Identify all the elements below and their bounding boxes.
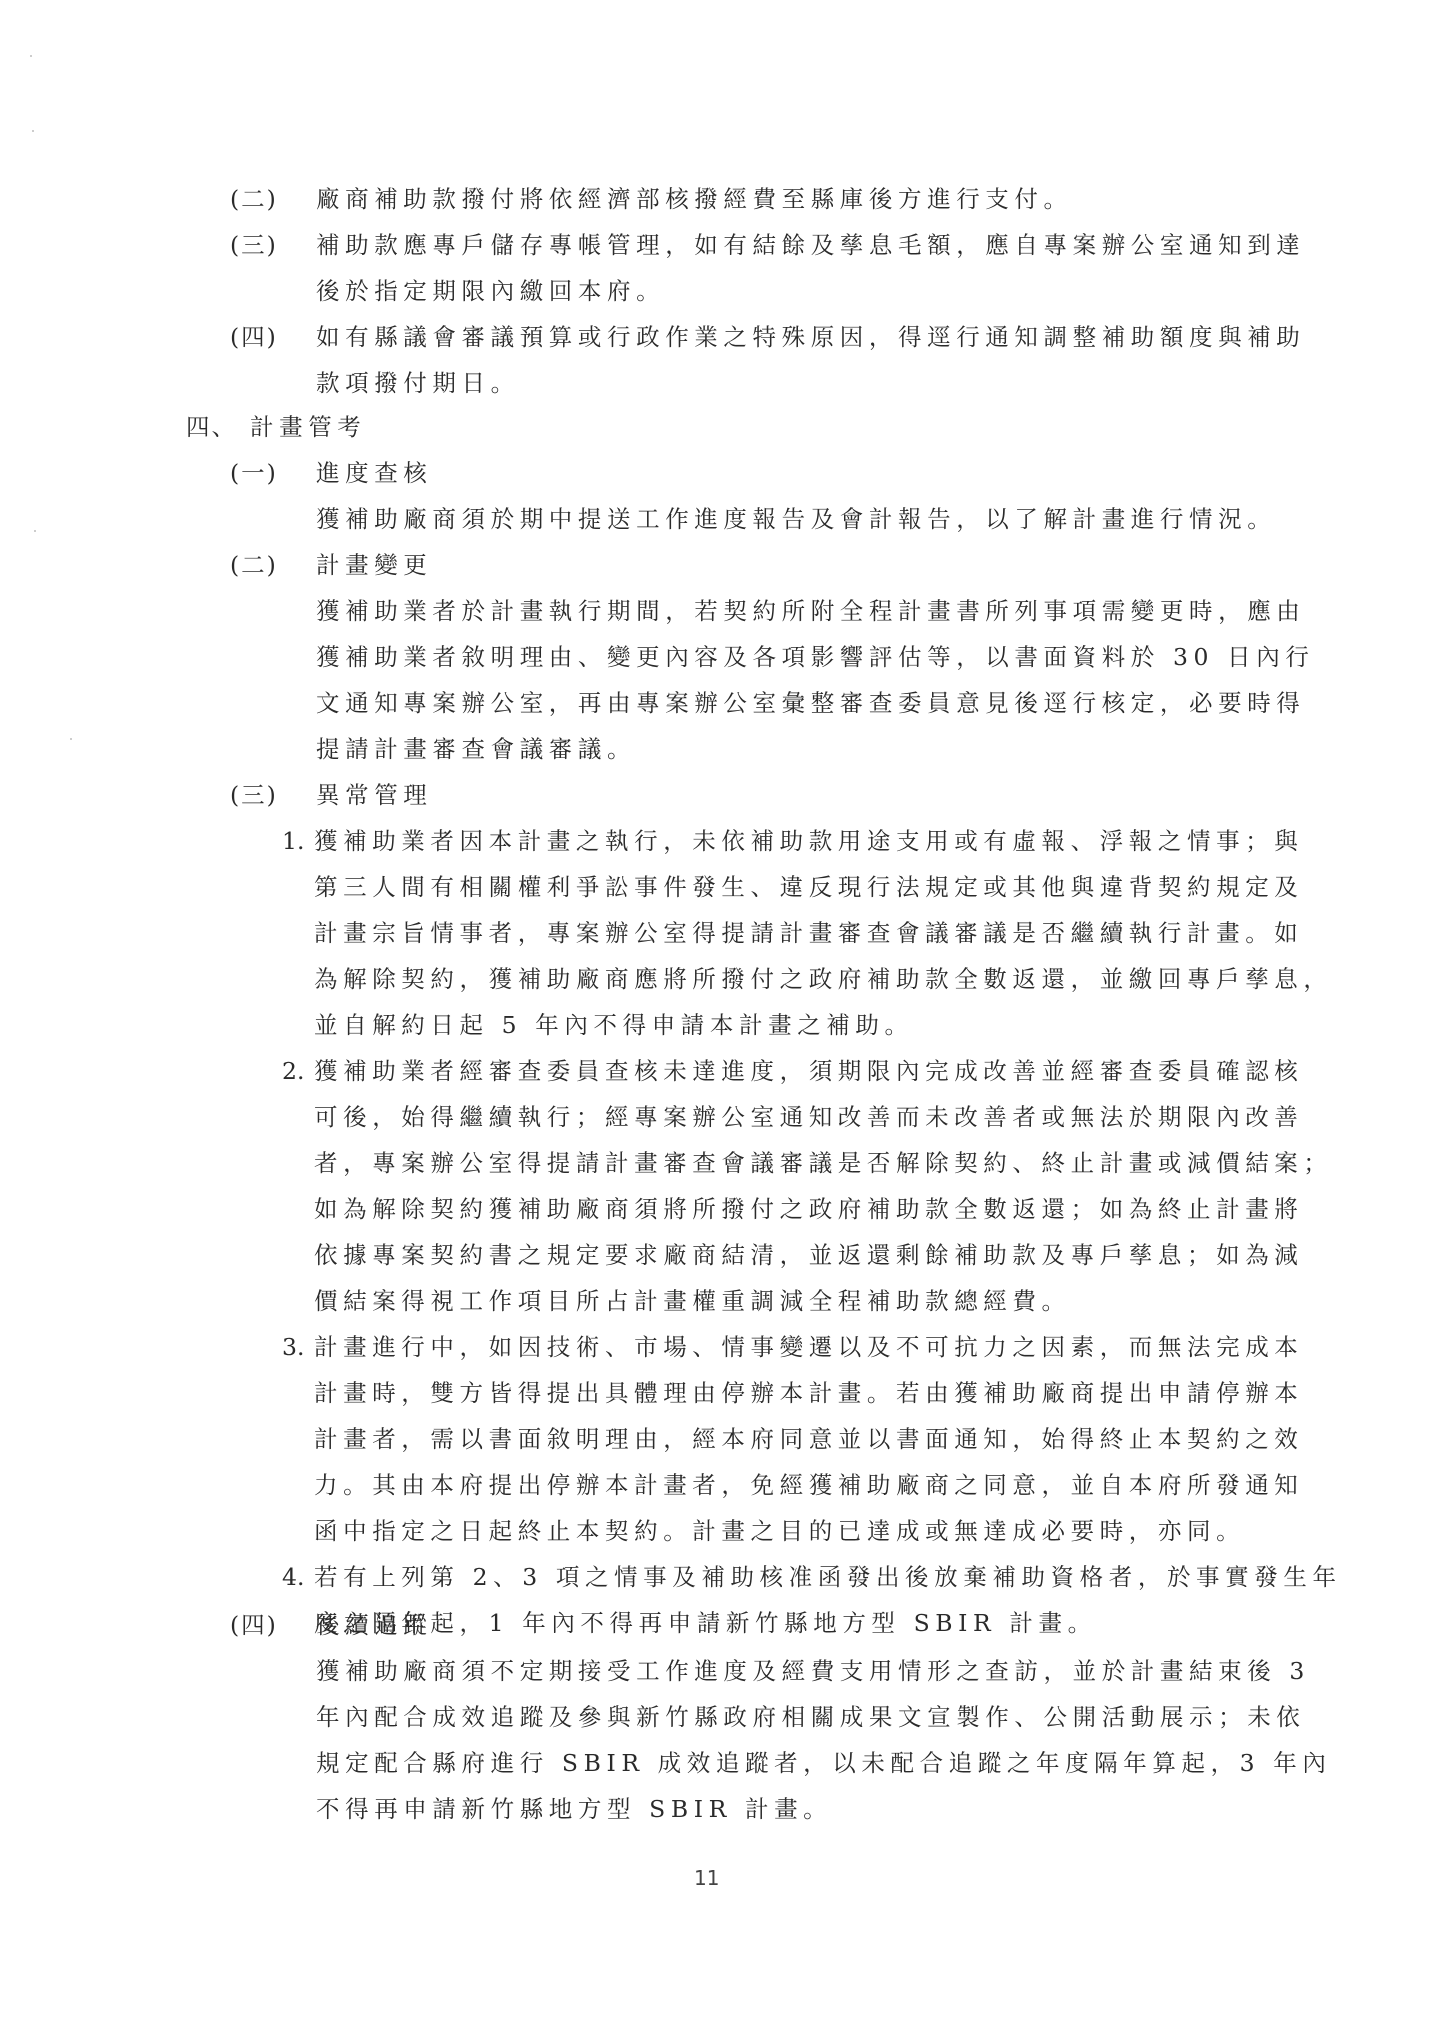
subsection-title: 計畫變更 bbox=[316, 550, 432, 580]
chapter-title: 計畫管考 bbox=[250, 412, 366, 442]
paragraph-line: 獲補助業者經審查委員查核未達進度，須期限內完成改善並經審查委員確認核 bbox=[314, 1056, 1303, 1086]
paragraph-line: 補助款應專戶儲存專帳管理，如有結餘及孳息毛額，應自專案辦公室通知到達 bbox=[316, 230, 1305, 260]
paragraph-line: 為解除契約，獲補助廠商應將所撥付之政府補助款全數返還，並繳回專戶孳息， bbox=[314, 964, 1333, 994]
paragraph-line: 計畫進行中，如因技術、市場、情事變遷以及不可抗力之因素，而無法完成本 bbox=[314, 1332, 1303, 1362]
scan-speck bbox=[32, 130, 34, 132]
paragraph-line: 計畫時，雙方皆得提出具體理由停辦本計畫。若由獲補助廠商提出申請停辦本 bbox=[314, 1378, 1303, 1408]
scan-speck bbox=[70, 738, 72, 740]
paragraph-line: 力。其由本府提出停辦本計畫者，免經獲補助廠商之同意，並自本府所發通知 bbox=[314, 1470, 1303, 1500]
scan-speck bbox=[34, 530, 36, 532]
subsection-marker: (四) bbox=[230, 1610, 278, 1640]
paragraph-line: 若有上列第 2、3 項之情事及補助核准函發出後放棄補助資格者，於事實發生年 bbox=[314, 1562, 1342, 1592]
subsection-marker: (二) bbox=[230, 550, 278, 580]
scan-speck bbox=[30, 55, 32, 57]
paragraph-line: 並自解約日起 5 年內不得申請本計畫之補助。 bbox=[314, 1010, 914, 1040]
subsection-marker: (一) bbox=[230, 458, 278, 488]
paragraph-line: 廠商補助款撥付將依經濟部核撥經費至縣庫後方進行支付。 bbox=[316, 184, 1073, 214]
paragraph-line: 獲補助業者敘明理由、變更內容及各項影響評估等，以書面資料於 30 日內行 bbox=[316, 642, 1314, 672]
paragraph-line: 款項撥付期日。 bbox=[316, 368, 520, 398]
section-marker: (二) bbox=[230, 184, 278, 214]
paragraph-line: 不得再申請新竹縣地方型 SBIR 計畫。 bbox=[316, 1794, 832, 1824]
paragraph-line: 獲補助業者因本計畫之執行，未依補助款用途支用或有虛報、浮報之情事；與 bbox=[314, 826, 1303, 856]
document-page: (二) 廠商補助款撥付將依經濟部核撥經費至縣庫後方進行支付。 (三) 補助款應專… bbox=[0, 0, 1440, 2037]
subsection-title: 異常管理 bbox=[316, 780, 432, 810]
paragraph-line: 規定配合縣府進行 SBIR 成效追蹤者，以未配合追蹤之年度隔年算起，3 年內 bbox=[316, 1748, 1332, 1778]
section-marker: (四) bbox=[230, 322, 278, 352]
paragraph-line: 者，專案辦公室得提請計畫審查會議審議是否解除契約、終止計畫或減價結案； bbox=[314, 1148, 1333, 1178]
paragraph-line: 依據專案契約書之規定要求廠商結清，並返還剩餘補助款及專戶孳息；如為減 bbox=[314, 1240, 1303, 1270]
paragraph-line: 文通知專案辦公室，再由專案辦公室彙整審查委員意見後逕行核定，必要時得 bbox=[316, 688, 1305, 718]
paragraph-line: 年內配合成效追蹤及參與新竹縣政府相關成果文宣製作、公開活動展示；未依 bbox=[316, 1702, 1305, 1732]
item-number: 2. bbox=[282, 1056, 304, 1086]
paragraph-line: 第三人間有相關權利爭訟事件發生、違反現行法規定或其他與違背契約規定及 bbox=[314, 872, 1303, 902]
subsection-marker: (三) bbox=[230, 780, 278, 810]
paragraph-line: 獲補助業者於計畫執行期間，若契約所附全程計畫書所列事項需變更時，應由 bbox=[316, 596, 1305, 626]
paragraph-line: 後於指定期限內繳回本府。 bbox=[316, 276, 665, 306]
paragraph-line: 如有縣議會審議預算或行政作業之特殊原因，得逕行通知調整補助額度與補助 bbox=[316, 322, 1305, 352]
page-number: 11 bbox=[694, 1866, 719, 1890]
subsection-title: 進度查核 bbox=[316, 458, 432, 488]
paragraph-line: 獲補助廠商須不定期接受工作進度及經費支用情形之查訪，並於計畫結束後 3 bbox=[316, 1656, 1310, 1686]
paragraph-line: 價結案得視工作項目所占計畫權重調減全程補助款總經費。 bbox=[314, 1286, 1071, 1316]
paragraph-line: 提請計畫審查會議審議。 bbox=[316, 734, 636, 764]
paragraph-line: 如為解除契約獲補助廠商須將所撥付之政府補助款全數返還；如為終止計畫將 bbox=[314, 1194, 1303, 1224]
item-number: 1. bbox=[282, 826, 304, 856]
paragraph-line: 可後，始得繼續執行；經專案辦公室通知改善而未改善者或無法於期限內改善 bbox=[314, 1102, 1303, 1132]
section-marker: (三) bbox=[230, 230, 278, 260]
item-number: 3. bbox=[282, 1332, 304, 1362]
item-number: 4. bbox=[282, 1562, 304, 1592]
chapter-marker: 四、 bbox=[186, 412, 237, 442]
subsection-title: 後續追蹤 bbox=[316, 1610, 432, 1640]
paragraph-line: 計畫者，需以書面敘明理由，經本府同意並以書面通知，始得終止本契約之效 bbox=[314, 1424, 1303, 1454]
paragraph-line: 獲補助廠商須於期中提送工作進度報告及會計報告，以了解計畫進行情況。 bbox=[316, 504, 1276, 534]
paragraph-line: 計畫宗旨情事者，專案辦公室得提請計畫審查會議審議是否繼續執行計畫。如 bbox=[314, 918, 1303, 948]
paragraph-line: 函中指定之日起終止本契約。計畫之目的已達成或無達成必要時，亦同。 bbox=[314, 1516, 1245, 1546]
